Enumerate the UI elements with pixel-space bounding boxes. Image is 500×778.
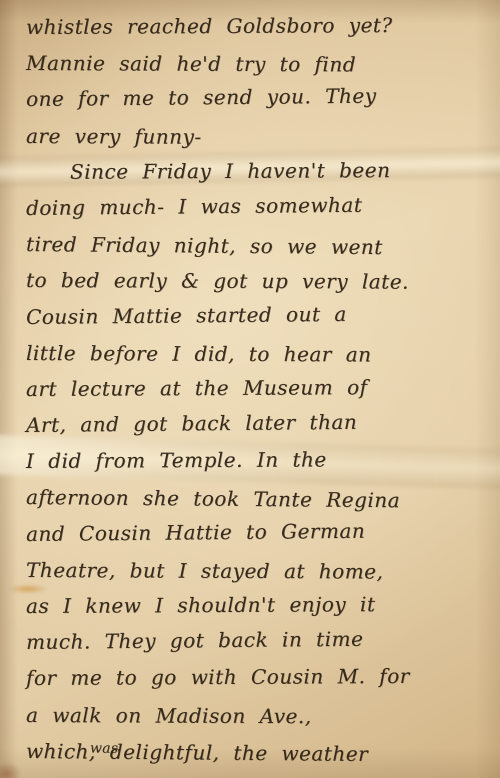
letter-line: Theatre, but I stayed at home,: [26, 552, 486, 590]
letter-line: tired Friday night, so we went: [26, 226, 486, 266]
letter-line: Cousin Mattie started out a: [26, 294, 486, 335]
last-line-before: which,: [26, 739, 96, 764]
letter-line: are very funny-: [26, 118, 486, 156]
letter-line-paragraph-start: Since Friday I haven't been: [26, 151, 486, 190]
letter-page: whistles reached Goldsboro yet? Mannie s…: [0, 0, 500, 778]
letter-line: and Cousin Hattie to German: [26, 511, 486, 552]
letter-body-text: whistles reached Goldsboro yet? Mannie s…: [0, 9, 500, 778]
letter-line: as I knew I shouldn't enjoy it: [26, 586, 486, 625]
inserted-word-above-line: was: [90, 741, 119, 755]
letter-line: Art, and got back later than: [26, 403, 486, 444]
letter-line: art lecture at the Museum of: [26, 368, 486, 407]
letter-line: whistles reached Goldsboro yet?: [26, 7, 486, 46]
letter-line: one for me to send you. They: [26, 77, 486, 118]
letter-last-line: which,wasdelightful, the weather: [26, 733, 486, 773]
letter-line: doing much- I was somewhat: [26, 186, 486, 227]
letter-line: little before I did, to hear an: [26, 335, 486, 373]
letter-line: for me to go with Cousin M. for: [26, 658, 486, 697]
letter-line: much. They got back in time: [26, 620, 486, 661]
letter-line: I did from Temple. In the: [26, 441, 486, 480]
last-line-after: delightful, the weather: [110, 739, 369, 765]
letter-line: a walk on Madison Ave.,: [26, 697, 486, 735]
